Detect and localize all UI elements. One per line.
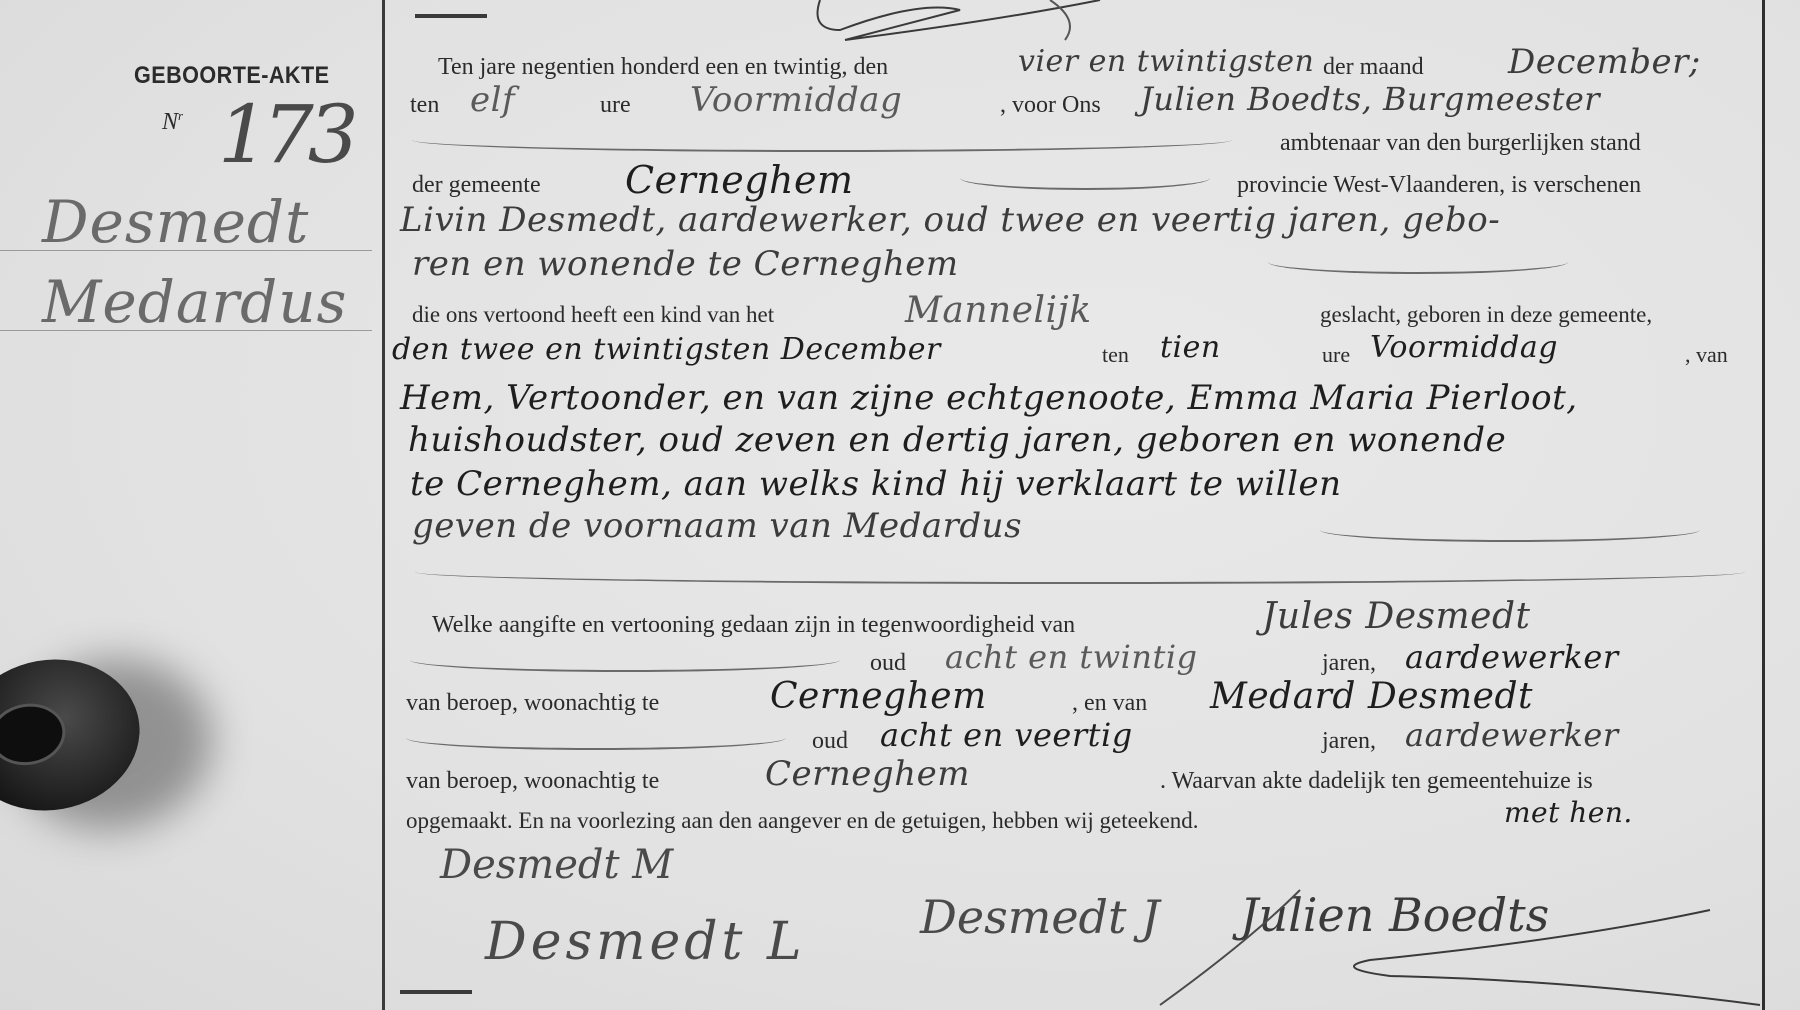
- margin-rule: [0, 250, 372, 251]
- text-printed: provincie West-Vlaanderen, is verschenen: [1237, 172, 1641, 199]
- text-handwritten: acht en veertig: [880, 716, 1133, 754]
- signature-desmedt-l: Desmedt L: [485, 912, 805, 972]
- text-handwritten: den twee en twintigsten December: [392, 332, 941, 367]
- flourish-scribble: [800, 0, 1130, 50]
- signature-desmedt-j: Desmedt J: [920, 890, 1160, 944]
- fill-line: [1268, 262, 1568, 274]
- text-printed: ten: [410, 92, 439, 119]
- text-printed: oud: [870, 650, 906, 677]
- text-printed: der gemeente: [412, 172, 541, 199]
- number-label: Nr: [162, 108, 183, 136]
- akte-number: 173: [218, 88, 353, 181]
- fill-line: [415, 572, 1745, 584]
- text-printed: opgemaakt. En na voorlezing aan den aang…: [406, 808, 1199, 834]
- text-handwritten: geven de voornaam van Medardus: [412, 506, 1022, 546]
- text-printed: die ons vertoond heeft een kind van het: [412, 302, 774, 328]
- text-handwritten: Cerneghem: [625, 158, 854, 202]
- text-handwritten: ren en wonende te Cerneghem: [412, 244, 959, 284]
- text-handwritten: Livin Desmedt, aardewerker, oud twee en …: [400, 200, 1500, 240]
- text-printed: , en van: [1072, 690, 1147, 717]
- text-printed: geslacht, geboren in deze gemeente,: [1320, 302, 1652, 328]
- text-printed: van beroep, woonachtig te: [406, 768, 659, 795]
- text-printed: . Waarvan akte dadelijk ten gemeentehuiz…: [1160, 768, 1593, 795]
- akte-title: GEBOORTE-AKTE: [134, 62, 329, 90]
- text-printed: , voor Ons: [1000, 92, 1101, 119]
- text-handwritten: elf: [470, 80, 515, 120]
- text-handwritten: December;: [1508, 42, 1701, 82]
- text-handwritten: Mannelijk: [905, 290, 1092, 331]
- text-printed: van beroep, woonachtig te: [406, 690, 659, 717]
- text-handwritten: Julien Boedts, Burgmeester: [1140, 80, 1600, 118]
- text-handwritten: Voormiddag: [1370, 330, 1558, 365]
- margin-column: GEBOORTE-AKTE Nr 173 Desmedt Medardus: [0, 0, 382, 1010]
- text-handwritten: aardewerker: [1405, 716, 1619, 754]
- decorative-bar-top: [415, 14, 487, 18]
- text-handwritten: Cerneghem: [770, 676, 987, 717]
- text-printed: ten: [1102, 342, 1129, 368]
- decorative-bar-bottom: [400, 990, 472, 994]
- text-printed: oud: [812, 728, 848, 755]
- text-printed: ure: [600, 92, 631, 119]
- text-handwritten: Voormiddag: [690, 80, 902, 120]
- text-handwritten: tien: [1160, 330, 1221, 365]
- frame-border-right: [1762, 0, 1765, 1010]
- margin-surname: Desmedt: [42, 188, 309, 256]
- fill-line: [410, 660, 840, 672]
- number-label-sup: r: [178, 108, 183, 123]
- text-printed: Welke aangifte en vertooning gedaan zijn…: [432, 612, 1075, 639]
- text-handwritten: Medard Desmedt: [1210, 676, 1533, 717]
- fill-line: [960, 178, 1210, 190]
- text-printed: jaren,: [1322, 650, 1376, 677]
- text-handwritten: te Cerneghem, aan welks kind hij verklaa…: [410, 464, 1342, 504]
- paperweight-object: [0, 646, 152, 825]
- signature-flourish: [1150, 880, 1770, 1010]
- fill-line: [412, 140, 1232, 152]
- number-label-text: N: [162, 109, 178, 135]
- text-printed: , van: [1685, 342, 1728, 368]
- text-handwritten: vier en twintigsten: [1018, 44, 1314, 79]
- text-handwritten: Hem, Vertoonder, en van zijne echtgenoot…: [400, 378, 1578, 418]
- text-printed: ambtenaar van den burgerlijken stand: [1280, 130, 1641, 157]
- text-printed: Ten jare negentien honderd een en twinti…: [438, 54, 888, 81]
- margin-given-name: Medardus: [42, 268, 347, 336]
- text-printed: jaren,: [1322, 728, 1376, 755]
- fill-line: [406, 738, 786, 750]
- frame-border-left: [382, 0, 385, 1010]
- document-page: GEBOORTE-AKTE Nr 173 Desmedt Medardus Te…: [0, 0, 1800, 1010]
- text-handwritten: met hen.: [1504, 796, 1633, 829]
- text-handwritten: huishoudster, oud zeven en dertig jaren,…: [408, 420, 1506, 460]
- text-printed: der maand: [1323, 54, 1424, 81]
- text-printed: ure: [1322, 342, 1350, 368]
- text-handwritten: Cerneghem: [765, 754, 970, 794]
- text-handwritten: Jules Desmedt: [1262, 596, 1530, 637]
- text-handwritten: acht en twintig: [945, 638, 1198, 676]
- signature-desmedt-m: Desmedt M: [440, 842, 673, 888]
- margin-rule: [0, 330, 372, 331]
- text-handwritten: aardewerker: [1405, 638, 1619, 676]
- fill-line: [1320, 530, 1700, 542]
